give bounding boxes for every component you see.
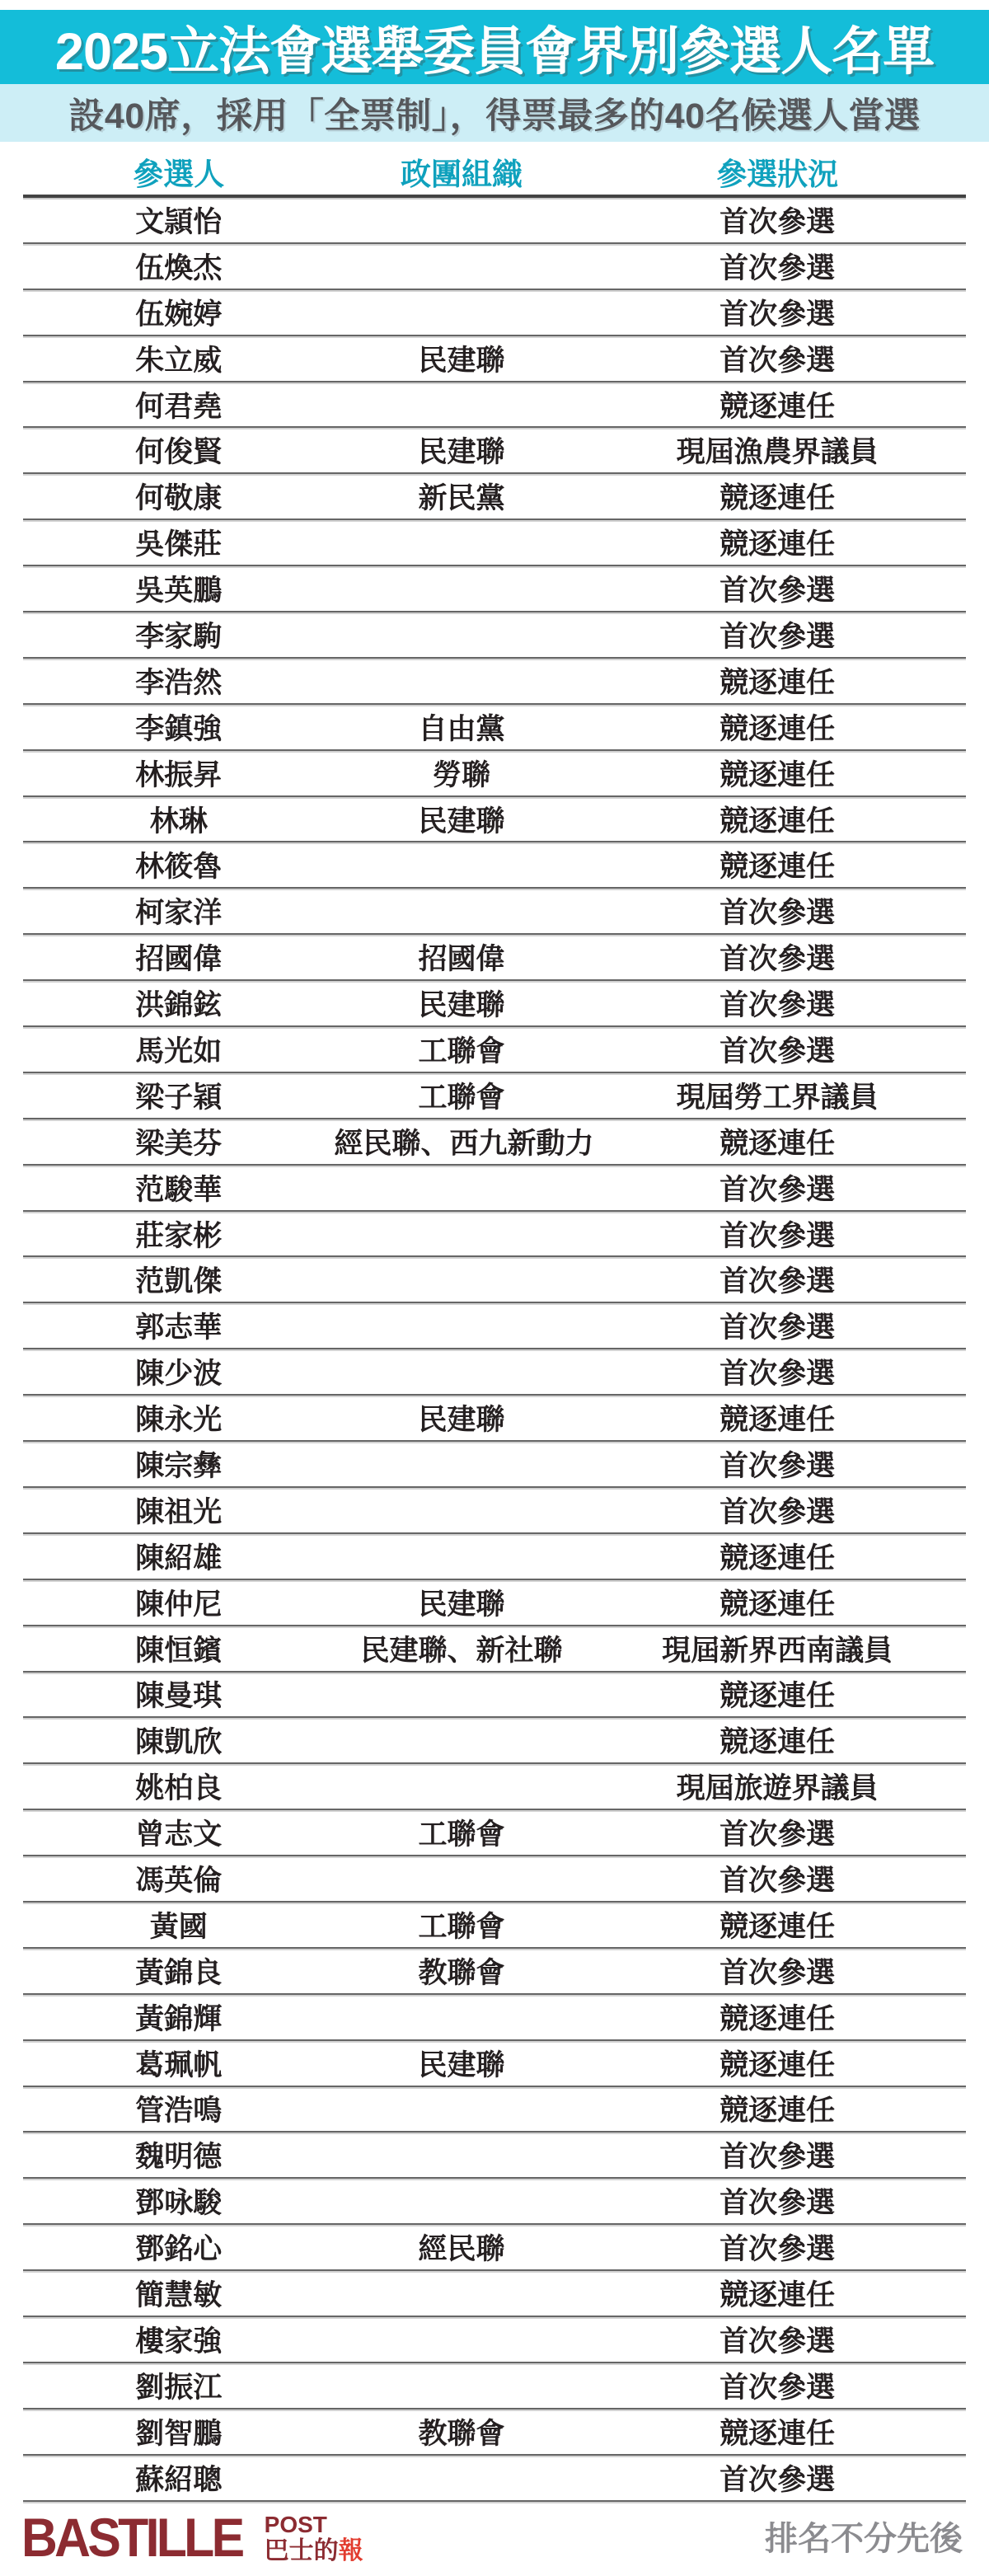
candidacy-status: 首次參選	[588, 2319, 966, 2360]
candidate-name: 簡慧敏	[23, 2273, 335, 2314]
candidate-name: 伍婉婷	[23, 292, 335, 333]
ranking-disclaimer: 排名不分先後	[765, 2513, 963, 2560]
candidacy-status: 競逐連任	[588, 1904, 966, 1945]
candidacy-status: 現屆勞工界議員	[588, 1075, 966, 1116]
table-row: 馬光如 工聯會 首次參選	[23, 1027, 966, 1073]
candidacy-status: 競逐連任	[588, 799, 966, 840]
candidate-name: 陳恒鑌	[23, 1628, 335, 1669]
party-affiliation: 自由黨	[335, 706, 589, 748]
candidate-name: 馮英倫	[23, 1858, 335, 1899]
candidacy-status: 首次參選	[588, 338, 966, 379]
party-affiliation: 經民聯、西九新動力	[335, 1121, 589, 1162]
candidate-name: 陳永光	[23, 1397, 335, 1438]
candidacy-status: 競逐連任	[588, 476, 966, 517]
party-affiliation: 民建聯	[335, 1582, 589, 1623]
candidacy-status: 競逐連任	[588, 522, 966, 563]
candidacy-status: 首次參選	[588, 2180, 966, 2222]
table-row: 簡慧敏 競逐連任	[23, 2271, 966, 2317]
candidate-name: 陳紹雄	[23, 1536, 335, 1577]
party-affiliation: 工聯會	[335, 1029, 589, 1070]
candidacy-status: 首次參選	[588, 2365, 966, 2406]
table-row: 曾志文 工聯會 首次參選	[23, 1810, 966, 1856]
table-row: 洪錦鉉 民建聯 首次參選	[23, 981, 966, 1027]
candidate-name: 黃錦輝	[23, 1997, 335, 2038]
brand-chinese-highlight: 報	[339, 2537, 363, 2564]
candidate-name: 陳祖光	[23, 1490, 335, 1531]
table-row: 伍煥杰 首次參選	[23, 244, 966, 290]
candidacy-status: 競逐連任	[588, 1121, 966, 1162]
candidate-name: 李浩然	[23, 660, 335, 701]
candidacy-status: 競逐連任	[588, 1997, 966, 2038]
column-header-candidate: 參選人	[23, 149, 335, 194]
table-row: 陳永光 民建聯 競逐連任	[23, 1396, 966, 1442]
candidacy-status: 首次參選	[588, 890, 966, 931]
table-row: 蘇紹聰 首次參選	[23, 2456, 966, 2502]
candidate-name: 黃國	[23, 1904, 335, 1945]
candidate-name: 管浩鳴	[23, 2088, 335, 2129]
candidacy-status: 競逐連任	[588, 1397, 966, 1438]
candidacy-status: 競逐連任	[588, 2043, 966, 2084]
table-row: 陳祖光 首次參選	[23, 1488, 966, 1534]
candidacy-status: 首次參選	[588, 1213, 966, 1255]
table-row: 莊家彬 首次參選	[23, 1212, 966, 1258]
candidate-name: 何君堯	[23, 384, 335, 425]
candidacy-status: 競逐連任	[588, 2411, 966, 2452]
candidate-name: 李家駒	[23, 614, 335, 655]
candidate-name: 蘇紹聰	[23, 2457, 335, 2499]
brand-stack: POST 巴士的報	[265, 2513, 363, 2565]
candidate-name: 鄧咏駿	[23, 2180, 335, 2222]
candidacy-status: 首次參選	[588, 568, 966, 609]
table-row: 郭志華 首次參選	[23, 1303, 966, 1349]
table-row: 李浩然 競逐連任	[23, 659, 966, 705]
candidate-name: 姚柏良	[23, 1766, 335, 1807]
party-affiliation: 教聯會	[335, 2411, 589, 2452]
candidacy-status: 競逐連任	[588, 660, 966, 701]
candidate-name: 文頴怡	[23, 199, 335, 241]
candidacy-status: 競逐連任	[588, 1536, 966, 1577]
candidacy-status: 首次參選	[588, 1858, 966, 1899]
candidate-name: 林琳	[23, 799, 335, 840]
table-row: 黃國 工聯會 競逐連任	[23, 1903, 966, 1949]
candidate-name: 陳少波	[23, 1351, 335, 1392]
table-row: 鄧銘心 經民聯 首次參選	[23, 2225, 966, 2271]
table-row: 林筱魯 競逐連任	[23, 842, 966, 889]
table-row: 鄧咏駿 首次參選	[23, 2179, 966, 2225]
candidacy-status: 首次參選	[588, 1167, 966, 1208]
candidate-name: 洪錦鉉	[23, 983, 335, 1024]
table-row: 朱立威 民建聯 首次參選	[23, 336, 966, 382]
candidate-name: 陳宗彝	[23, 1443, 335, 1485]
candidacy-status: 競逐連任	[588, 844, 966, 885]
party-affiliation: 工聯會	[335, 1904, 589, 1945]
candidacy-status: 首次參選	[588, 2134, 966, 2175]
party-affiliation: 勞聯	[335, 753, 589, 794]
table-row: 文頴怡 首次參選	[23, 198, 966, 244]
candidacy-status: 競逐連任	[588, 1673, 966, 1715]
subtitle-band: 設40席，採用「全票制」，得票最多的40名候選人當選	[0, 84, 989, 142]
candidate-name: 陳曼琪	[23, 1673, 335, 1715]
table-row: 梁美芬 經民聯、西九新動力 競逐連任	[23, 1119, 966, 1166]
candidate-name: 吳英鵬	[23, 568, 335, 609]
table-row: 陳仲尼 民建聯 競逐連任	[23, 1580, 966, 1626]
candidate-name: 莊家彬	[23, 1213, 335, 1255]
page-title: 2025立法會選舉委員會界別參選人名單	[55, 10, 934, 85]
candidate-name: 李鎮強	[23, 706, 335, 748]
candidate-name: 何敬康	[23, 476, 335, 517]
table-row: 范凱傑 首次參選	[23, 1257, 966, 1303]
footer: BASTILLE POST 巴士的報 排名不分先後	[0, 2504, 989, 2576]
candidacy-status: 首次參選	[588, 1950, 966, 1992]
table-row: 李鎮強 自由黨 競逐連任	[23, 705, 966, 751]
party-affiliation: 民建聯	[335, 799, 589, 840]
table-row: 陳曼琪 競逐連任	[23, 1673, 966, 1719]
table-row: 黃錦良 教聯會 首次參選	[23, 1949, 966, 1995]
candidacy-status: 競逐連任	[588, 753, 966, 794]
party-affiliation: 民建聯	[335, 983, 589, 1024]
candidacy-status: 首次參選	[588, 199, 966, 241]
table-row: 范駿華 首次參選	[23, 1166, 966, 1212]
column-header-status: 參選狀況	[588, 149, 966, 194]
candidate-name: 招國偉	[23, 936, 335, 978]
candidacy-status: 現屆新界西南議員	[588, 1628, 966, 1669]
candidacy-status: 競逐連任	[588, 2273, 966, 2314]
candidacy-status: 現屆旅遊界議員	[588, 1766, 966, 1807]
candidacy-status: 首次參選	[588, 936, 966, 978]
candidacy-status: 首次參選	[588, 292, 966, 333]
table-row: 劉振江 首次參選	[23, 2363, 966, 2409]
candidacy-status: 競逐連任	[588, 706, 966, 748]
brand-post-label: POST	[265, 2513, 363, 2537]
table-row: 陳宗彝 首次參選	[23, 1442, 966, 1488]
candidate-name: 梁子穎	[23, 1075, 335, 1116]
candidacy-status: 首次參選	[588, 2457, 966, 2499]
candidacy-status: 競逐連任	[588, 1720, 966, 1761]
candidate-name: 曾志文	[23, 1812, 335, 1853]
table-header-row: 參選人 政團組織 參選狀況	[23, 148, 966, 198]
candidate-table: 文頴怡 首次參選 伍煥杰 首次參選 伍婉婷 首次參選 朱立威 民建聯 首次參選 …	[23, 198, 966, 2502]
candidate-name: 何俊賢	[23, 429, 335, 471]
candidate-name: 朱立威	[23, 338, 335, 379]
party-affiliation: 民建聯	[335, 1397, 589, 1438]
candidate-name: 鄧銘心	[23, 2226, 335, 2268]
candidacy-status: 首次參選	[588, 246, 966, 287]
candidate-name: 葛珮帆	[23, 2043, 335, 2084]
table-row: 招國偉 招國偉 首次參選	[23, 935, 966, 981]
candidacy-status: 首次參選	[588, 1812, 966, 1853]
table-row: 魏明德 首次參選	[23, 2133, 966, 2179]
brand-chinese-name: 巴士的報	[265, 2537, 363, 2565]
candidate-name: 黃錦良	[23, 1950, 335, 1992]
table-row: 陳紹雄 競逐連任	[23, 1534, 966, 1580]
candidacy-status: 競逐連任	[588, 384, 966, 425]
page-subtitle: 設40席，採用「全票制」，得票最多的40名候選人當選	[68, 88, 920, 138]
table-row: 何俊賢 民建聯 現屆漁農界議員	[23, 428, 966, 474]
table-row: 梁子穎 工聯會 現屆勞工界議員	[23, 1073, 966, 1119]
table-row: 柯家洋 首次參選	[23, 889, 966, 935]
candidate-name: 劉振江	[23, 2365, 335, 2406]
candidacy-status: 首次參選	[588, 1490, 966, 1531]
candidate-name: 伍煥杰	[23, 246, 335, 287]
party-affiliation: 招國偉	[335, 936, 589, 978]
table-row: 管浩鳴 競逐連任	[23, 2087, 966, 2133]
table-row: 陳凱欣 競逐連任	[23, 1718, 966, 1764]
candidacy-status: 首次參選	[588, 1029, 966, 1070]
candidate-name: 樓家強	[23, 2319, 335, 2360]
party-affiliation: 民建聯	[335, 338, 589, 379]
candidate-name: 魏明德	[23, 2134, 335, 2175]
party-affiliation: 工聯會	[335, 1812, 589, 1853]
candidacy-status: 競逐連任	[588, 1582, 966, 1623]
title-band: 2025立法會選舉委員會界別參選人名單	[0, 10, 989, 84]
candidacy-status: 現屆漁農界議員	[588, 429, 966, 471]
table-row: 何敬康 新民黨 競逐連任	[23, 474, 966, 520]
table-row: 姚柏良 現屆旅遊界議員	[23, 1764, 966, 1810]
table-row: 林振昇 勞聯 競逐連任	[23, 751, 966, 797]
table-row: 吳英鵬 首次參選	[23, 566, 966, 612]
party-affiliation: 教聯會	[335, 1950, 589, 1992]
party-affiliation: 工聯會	[335, 1075, 589, 1116]
candidate-name: 陳仲尼	[23, 1582, 335, 1623]
party-affiliation: 民建聯	[335, 429, 589, 471]
brand-chinese-prefix: 巴士的	[265, 2537, 339, 2564]
candidacy-status: 首次參選	[588, 614, 966, 655]
candidacy-status: 競逐連任	[588, 2088, 966, 2129]
candidate-name: 馬光如	[23, 1029, 335, 1070]
table-row: 葛珮帆 民建聯 競逐連任	[23, 2041, 966, 2087]
candidate-name: 郭志華	[23, 1305, 335, 1346]
table-row: 李家駒 首次參選	[23, 612, 966, 659]
party-affiliation: 民建聯	[335, 2043, 589, 2084]
party-affiliation: 經民聯	[335, 2226, 589, 2268]
party-affiliation: 民建聯、新社聯	[335, 1628, 589, 1669]
table-row: 伍婉婷 首次參選	[23, 290, 966, 336]
candidacy-status: 首次參選	[588, 1259, 966, 1300]
candidate-name: 林振昇	[23, 753, 335, 794]
candidacy-status: 首次參選	[588, 983, 966, 1024]
table-row: 吳傑莊 競逐連任	[23, 520, 966, 566]
candidacy-status: 首次參選	[588, 2226, 966, 2268]
bastille-post-logo: BASTILLE POST 巴士的報	[21, 2508, 363, 2567]
column-header-party: 政團組織	[335, 149, 589, 194]
table-row: 林琳 民建聯 競逐連任	[23, 797, 966, 843]
table-row: 陳少波 首次參選	[23, 1349, 966, 1396]
table-row: 劉智鵬 教聯會 競逐連任	[23, 2409, 966, 2456]
party-affiliation: 新民黨	[335, 476, 589, 517]
brand-wordmark: BASTILLE	[21, 2508, 241, 2567]
table-row: 何君堯 競逐連任	[23, 382, 966, 429]
table-row: 陳恒鑌 民建聯、新社聯 現屆新界西南議員	[23, 1626, 966, 1673]
candidacy-status: 首次參選	[588, 1443, 966, 1485]
candidate-name: 吳傑莊	[23, 522, 335, 563]
candidate-name: 范凱傑	[23, 1259, 335, 1300]
table-row: 馮英倫 首次參選	[23, 1856, 966, 1903]
table-row: 黃錦輝 競逐連任	[23, 1995, 966, 2041]
table-row: 樓家強 首次參選	[23, 2317, 966, 2363]
candidacy-status: 首次參選	[588, 1351, 966, 1392]
infographic-page: 2025立法會選舉委員會界別參選人名單 設40席，採用「全票制」，得票最多的40…	[0, 0, 989, 2576]
candidate-name: 范駿華	[23, 1167, 335, 1208]
candidate-name: 陳凱欣	[23, 1720, 335, 1761]
candidacy-status: 首次參選	[588, 1305, 966, 1346]
candidate-name: 柯家洋	[23, 890, 335, 931]
candidate-name: 劉智鵬	[23, 2411, 335, 2452]
candidate-name: 梁美芬	[23, 1121, 335, 1162]
candidate-name: 林筱魯	[23, 844, 335, 885]
